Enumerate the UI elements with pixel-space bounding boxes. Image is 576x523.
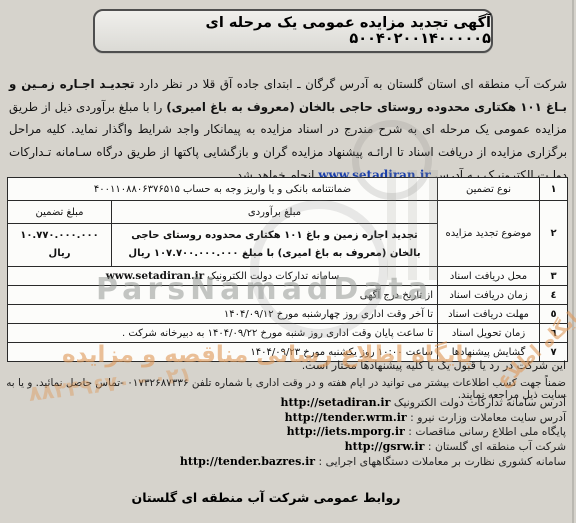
row-number: ۱: [540, 178, 568, 201]
link-url[interactable]: http://iets.mporg.ir: [287, 425, 405, 438]
link-separator: :: [405, 425, 416, 438]
table-row: ٤ زمان دریافت اسناد از تاریخ درج آگهی: [8, 286, 568, 305]
row-number: ٥: [540, 305, 568, 324]
row-number: ۲: [540, 201, 568, 267]
guarantee-column-header: مبلغ تضمین: [8, 201, 112, 224]
link-label: آدرس سامانه تدارکات دولت الکترونیک: [394, 396, 566, 409]
link-label: پایگاه ملی اطلاع رسانی مناقصات: [415, 425, 566, 438]
intro-paragraph: شرکت آب منطقه ای استان گلستان به آدرس گر…: [9, 73, 567, 187]
link-url[interactable]: http://setadiran.ir: [280, 396, 390, 409]
row-number: ۳: [540, 267, 568, 286]
list-item: آدرس سامانه تدارکات دولت الکترونیک http:…: [10, 396, 566, 411]
page-title: آگهی تجدید مزایده عمومی یک مرحله ای ۵۰۰۴…: [95, 15, 491, 47]
link-url[interactable]: http://gsrw.ir: [345, 440, 425, 453]
guarantee-type-value: ضمانتنامه بانکی و یا واریز وجه به حساب ۴…: [8, 178, 438, 201]
documents-receive-time-value: از تاریخ درج آگهی: [8, 286, 438, 305]
setadiran-url-text[interactable]: www.setadiran.ir: [106, 270, 204, 282]
guarantee-amount-value: ۱۰.۷۷۰.۰۰۰.۰۰۰ ریال: [8, 224, 112, 267]
table-row: ٦ زمان تحویل اسناد تا ساعت پایان وقت ادا…: [8, 324, 568, 343]
tender-table: ۱ نوع تضمین ضمانتنامه بانکی و یا واریز و…: [7, 177, 568, 362]
resource-links-list: آدرس سامانه تدارکات دولت الکترونیک http:…: [10, 396, 566, 469]
row-number: ٦: [540, 324, 568, 343]
intro-text-1: شرکت آب منطقه ای استان گلستان به آدرس گر…: [134, 77, 567, 91]
row-label: مهلت دریافت اسناد: [438, 305, 540, 324]
row-label: محل دریافت اسناد: [438, 267, 540, 286]
row-number: ٤: [540, 286, 568, 305]
estimate-column-header: مبلغ برآوردی: [112, 201, 438, 224]
table-row: ۳ محل دریافت اسناد سامانه تدارکات دولت ا…: [8, 267, 568, 286]
link-label: سامانه کشوری نظارت بر معاملات دستگاههای …: [326, 455, 566, 468]
list-item: شرکت آب منطقه ای گلستان : http://gsrw.ir: [10, 440, 566, 455]
table-row: ۲ موضوع تجدید مزایده مبلغ برآوردی مبلغ ت…: [8, 201, 568, 224]
list-item: آدرس سایت معاملات وزارت نیرو : http://te…: [10, 411, 566, 426]
row-label: نوع تضمین: [438, 178, 540, 201]
tender-announcement-page: آگهی تجدید مزایده عمومی یک مرحله ای ۵۰۰۴…: [0, 0, 576, 523]
documents-deadline-value: تا آخر وقت اداری روز چهارشنبه مورخ ۱۴۰۴/…: [8, 305, 438, 324]
public-relations-footer: روابط عمومی شرکت آب منطقه ای گلستان: [0, 490, 532, 505]
estimate-amount-value: تجدید اجاره زمین و باغ ۱۰۱ هکتاری محدوده…: [112, 224, 438, 267]
announcement-title-box: آگهی تجدید مزایده عمومی یک مرحله ای ۵۰۰۴…: [93, 9, 493, 53]
list-item: پایگاه ملی اطلاع رسانی مناقصات : http://…: [10, 425, 566, 440]
documents-location-value: سامانه تدارکات دولت الکترونیک www.setadi…: [8, 267, 438, 286]
row-label: زمان تحویل اسناد: [438, 324, 540, 343]
row-label: موضوع تجدید مزایده: [438, 201, 540, 267]
link-separator: :: [315, 455, 326, 468]
link-url[interactable]: http://tender.wrm.ir: [285, 411, 407, 424]
link-separator: :: [407, 411, 418, 424]
link-label: آدرس سایت معاملات وزارت نیرو: [417, 411, 566, 424]
rejection-right-note: این شرکت در رد یا قبول یک یا کلیه پیشنها…: [10, 359, 566, 372]
page-edge-shadow: [572, 0, 574, 523]
list-item: سامانه کشوری نظارت بر معاملات دستگاههای …: [10, 455, 566, 470]
documents-delivery-value: تا ساعت پایان وقت اداری روز شنبه مورخ ۱۴…: [8, 324, 438, 343]
link-separator: :: [424, 440, 435, 453]
table-row: ۱ نوع تضمین ضمانتنامه بانکی و یا واریز و…: [8, 178, 568, 201]
table-row: ٥ مهلت دریافت اسناد تا آخر وقت اداری روز…: [8, 305, 568, 324]
row-label: زمان دریافت اسناد: [438, 286, 540, 305]
link-url[interactable]: http://tender.bazres.ir: [180, 455, 315, 468]
link-label: شرکت آب منطقه ای گلستان: [435, 440, 566, 453]
